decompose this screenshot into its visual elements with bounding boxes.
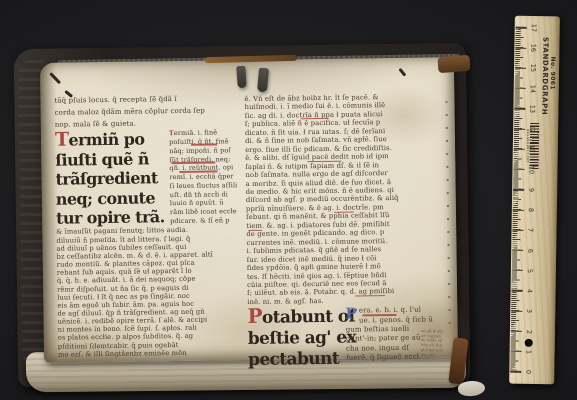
decorated-initial-P: P — [247, 304, 262, 328]
ruler-cm-tick — [513, 209, 524, 210]
lemma-text: ermiñ po — [68, 130, 144, 150]
barcode-bars — [529, 123, 539, 169]
lemma-text: otabunt oſ — [262, 307, 356, 328]
ruler-cm-tick — [512, 270, 523, 271]
ruler-cm-tick — [515, 88, 526, 89]
decorated-initial-P-blue: P — [345, 307, 357, 322]
ruler-cm-tick — [514, 128, 525, 129]
ruler-hanging-hole — [525, 339, 533, 347]
ruler-cm-number: 9 — [524, 183, 538, 197]
ruler-cm-number: 6 — [523, 243, 537, 257]
ruler-cm-tick — [511, 331, 522, 332]
measuring-ruler: 01234567891011121314151617 STANDARDGRAPH… — [509, 16, 560, 385]
gloss-block-main: ẽ. Vñ eſt de ãbz hoibz hr. ĩt ſe pacẽ. &… — [244, 92, 453, 306]
text-line: neq; conute — [56, 188, 166, 209]
page-marker — [457, 380, 485, 397]
ruler-cm-number: 3 — [522, 304, 536, 318]
left-text-column: tãq̃ pſuis locus. q̃ recepta ſẽ q̃dã ĩco… — [54, 93, 246, 362]
ink-mark — [399, 68, 407, 77]
ruler-cm-number: 5 — [523, 264, 537, 278]
psalm-lemma-text: Termiñ po ſiuſti quẽ ñtrãſgredientneq; c… — [55, 130, 166, 229]
gloss-block-bottom: & ĩmauſũt pagani ſenutq; littos audia.di… — [56, 225, 246, 358]
ruler-barcode: 4014509011197 — [524, 121, 539, 171]
lemma-line: Termiñ po — [55, 130, 165, 151]
text-line: pectabunt — [248, 349, 342, 371]
side-gloss-block: Termiã. i. finẽ poſuiſti. q̃ ñt. finẽnãq… — [169, 128, 244, 226]
text-line: rãm libẽ icoat eccłe — [170, 207, 244, 217]
marginal-annotation: nõ aĩt ſz ałdułr log mõide mõib; ag'ſcõz… — [421, 329, 456, 358]
ruler-model-label: No. 9061 — [547, 43, 558, 103]
leather-tab — [236, 66, 247, 89]
ruler-cm-tick — [513, 229, 524, 230]
text-line: beſtie ag' ex — [248, 328, 342, 350]
text-line: ſiuſti quẽ ñ — [55, 149, 165, 170]
ruler-cm-tick — [515, 68, 526, 69]
ruler-cm-number: 0 — [521, 365, 535, 379]
text-line: ſiue gẽt. — [421, 353, 455, 358]
ruler-cm-tick — [513, 189, 524, 190]
ruler-cm-tick — [510, 371, 521, 372]
text-line: pdicare. & ſĩ eñ p — [170, 216, 244, 226]
ruler-cm-number: 2 — [522, 324, 536, 338]
rubric-underline — [248, 230, 262, 231]
psalm-lemma-text: Potabunt oſ beſtie ag' expectabunt — [247, 305, 342, 371]
gloss-text: ermiã. i. finẽ — [174, 129, 217, 138]
ruler-cm-tick — [512, 290, 523, 291]
photograph-stage: tãq̃ pſuis locus. q̃ recepta ſẽ q̃dã ĩco… — [0, 0, 577, 400]
lemma-line: Potabunt oſ — [247, 305, 341, 329]
manuscript-page: tãq̃ pſuis locus. q̃ recepta ſẽ q̃dã ĩco… — [40, 57, 458, 363]
lemma-with-gloss-row: Termiñ po ſiuſti quẽ ñtrãſgredientneq; c… — [55, 128, 244, 228]
text-line: mo ezſ. & illi ſingtãenbz eminẽe mõn — [58, 348, 246, 359]
ruler-cm-number: 4 — [522, 284, 536, 298]
ruler-cm-tick — [514, 108, 525, 109]
barcode-number: 4014509011197 — [525, 121, 530, 171]
text-line: trãſgredient — [55, 168, 165, 189]
lemma-lines: beſtie ag' expectabunt — [248, 328, 343, 371]
cover-corner-patch — [437, 55, 470, 73]
gloss-block-top: tãq̃ pſuis locus. q̃ recepta ſẽ q̃dã ĩco… — [54, 93, 242, 131]
ruler-cm-tick — [515, 47, 526, 48]
decorated-initial-T: T — [55, 129, 69, 151]
ruler-cm-tick — [511, 310, 522, 311]
text-line: tur opire trã. — [56, 207, 166, 228]
lemma-lines: ſiuſti quẽ ñtrãſgredientneq; conutetur o… — [55, 149, 166, 228]
text-line: ſi leues fluctus aſſili — [170, 181, 244, 191]
ruler-cm-tick — [511, 351, 522, 352]
gloss-lines: poſuiſti. q̃ ñt. finẽnãq; impoñi. ñ poſſ… — [169, 137, 244, 226]
ruler-cm-number: 7 — [523, 223, 537, 237]
ruler-cm-tick — [512, 250, 523, 251]
ruler-cm-tick — [516, 27, 527, 28]
ruler-cm-tick — [513, 169, 524, 170]
ruler-cm-number: 8 — [524, 203, 538, 217]
ruler-cm-tick — [514, 148, 525, 149]
